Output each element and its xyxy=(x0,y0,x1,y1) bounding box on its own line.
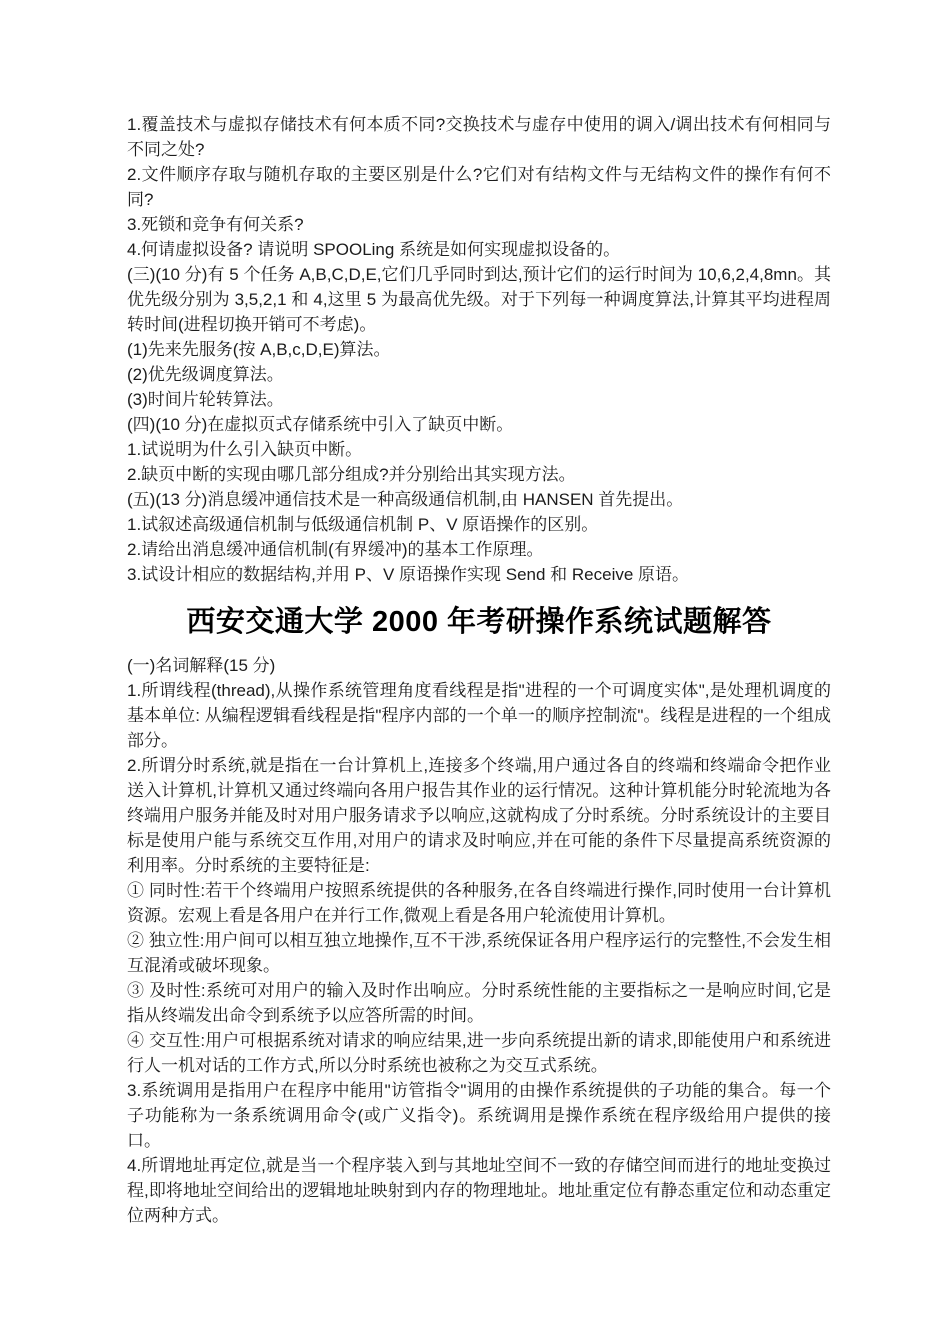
paragraph: 2.所谓分时系统,就是指在一台计算机上,连接多个终端,用户通过各自的终端和终端命… xyxy=(127,753,831,878)
paragraph: 2.请给出消息缓冲通信机制(有界缓冲)的基本工作原理。 xyxy=(127,537,831,562)
paragraph: 4.所谓地址再定位,就是当一个程序装入到与其地址空间不一致的存储空间而进行的地址… xyxy=(127,1153,831,1228)
paragraph: 1.试说明为什么引入缺页中断。 xyxy=(127,437,831,462)
paragraph: (一)名词解释(15 分) xyxy=(127,653,831,678)
paragraph: 2.缺页中断的实现由哪几部分组成?并分别给出其实现方法。 xyxy=(127,462,831,487)
paragraph: 3.试设计相应的数据结构,并用 P、V 原语操作实现 Send 和 Receiv… xyxy=(127,562,831,587)
paragraph: ② 独立性:用户间可以相互独立地操作,互不干涉,系统保证各用户程序运行的完整性,… xyxy=(127,928,831,978)
paragraph: ① 同时性:若干个终端用户按照系统提供的各种服务,在各自终端进行操作,同时使用一… xyxy=(127,878,831,928)
document-content: 1.覆盖技术与虚拟存储技术有何本质不同?交换技术与虚存中使用的调入/调出技术有何… xyxy=(127,112,831,1228)
paragraph: (五)(13 分)消息缓冲通信技术是一种高级通信机制,由 HANSEN 首先提出… xyxy=(127,487,831,512)
paragraph: 3.死锁和竞争有何关系? xyxy=(127,212,831,237)
paragraph: (1)先来先服务(按 A,B,c,D,E)算法。 xyxy=(127,337,831,362)
answer-section: (一)名词解释(15 分)1.所谓线程(thread),从操作系统管理角度看线程… xyxy=(127,653,831,1228)
paragraph: (四)(10 分)在虚拟页式存储系统中引入了缺页中断。 xyxy=(127,412,831,437)
paragraph: (三)(10 分)有 5 个任务 A,B,C,D,E,它们几乎同时到达,预计它们… xyxy=(127,262,831,337)
page-title: 西安交通大学 2000 年考研操作系统试题解答 xyxy=(127,601,831,643)
paragraph: ④ 交互性:用户可根据系统对请求的响应结果,进一步向系统提出新的请求,即能使用户… xyxy=(127,1028,831,1078)
paragraph: 2.文件顺序存取与随机存取的主要区别是什么?它们对有结构文件与无结构文件的操作有… xyxy=(127,162,831,212)
paragraph: 1.所谓线程(thread),从操作系统管理角度看线程是指"进程的一个可调度实体… xyxy=(127,678,831,753)
paragraph: (2)优先级调度算法。 xyxy=(127,362,831,387)
document-page: 1.覆盖技术与虚拟存储技术有何本质不同?交换技术与虚存中使用的调入/调出技术有何… xyxy=(0,0,950,1344)
paragraph: (3)时间片轮转算法。 xyxy=(127,387,831,412)
intro-question-section: 1.覆盖技术与虚拟存储技术有何本质不同?交换技术与虚存中使用的调入/调出技术有何… xyxy=(127,112,831,587)
paragraph: 3.系统调用是指用户在程序中能用"访管指令"调用的由操作系统提供的子功能的集合。… xyxy=(127,1078,831,1153)
paragraph: 4.何请虚拟设备? 请说明 SPOOLing 系统是如何实现虚拟设备的。 xyxy=(127,237,831,262)
paragraph: 1.试叙述高级通信机制与低级通信机制 P、V 原语操作的区别。 xyxy=(127,512,831,537)
paragraph: ③ 及时性:系统可对用户的输入及时作出响应。分时系统性能的主要指标之一是响应时间… xyxy=(127,978,831,1028)
paragraph: 1.覆盖技术与虚拟存储技术有何本质不同?交换技术与虚存中使用的调入/调出技术有何… xyxy=(127,112,831,162)
